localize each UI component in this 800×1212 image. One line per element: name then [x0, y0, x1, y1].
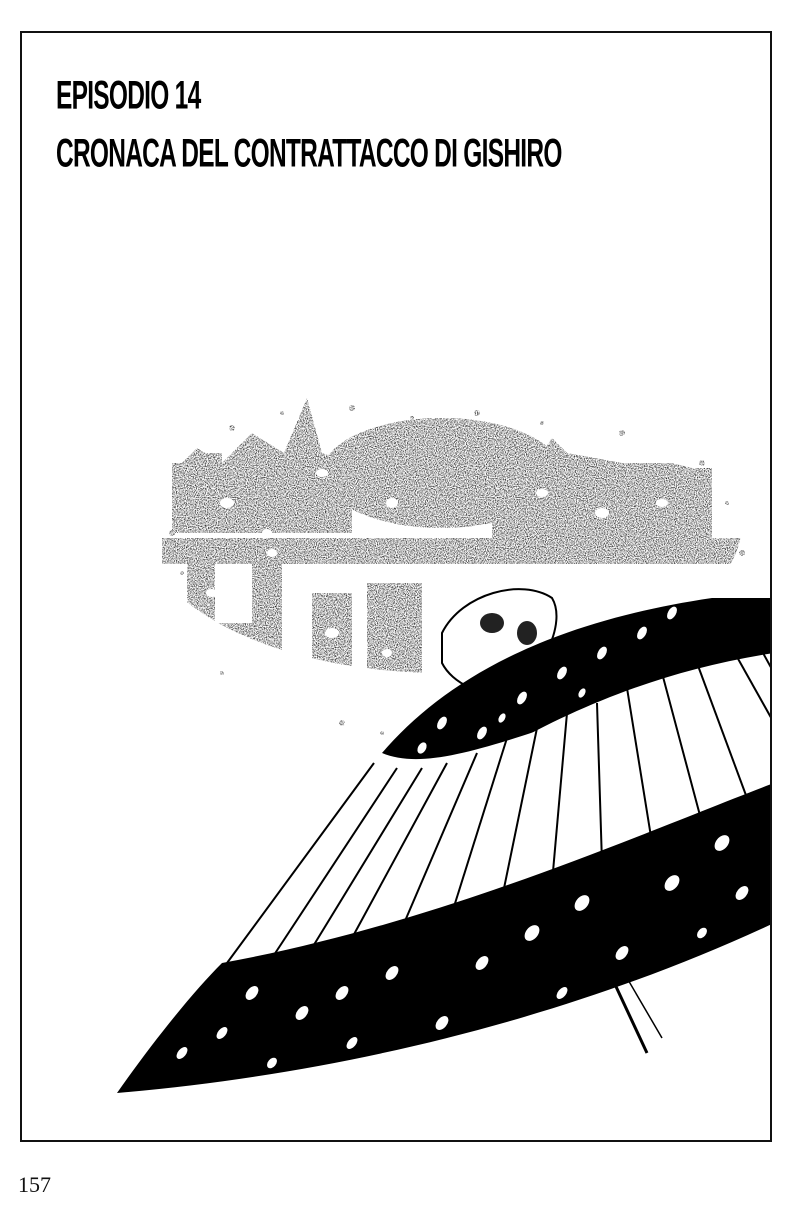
umbrella: [117, 598, 772, 1093]
page-number: 157: [18, 1172, 51, 1198]
manga-panel: EPISODIO 14 CRONACA DEL CONTRATTACCO DI …: [20, 31, 772, 1142]
city-scene: [162, 398, 745, 735]
illustration: [22, 33, 772, 1142]
